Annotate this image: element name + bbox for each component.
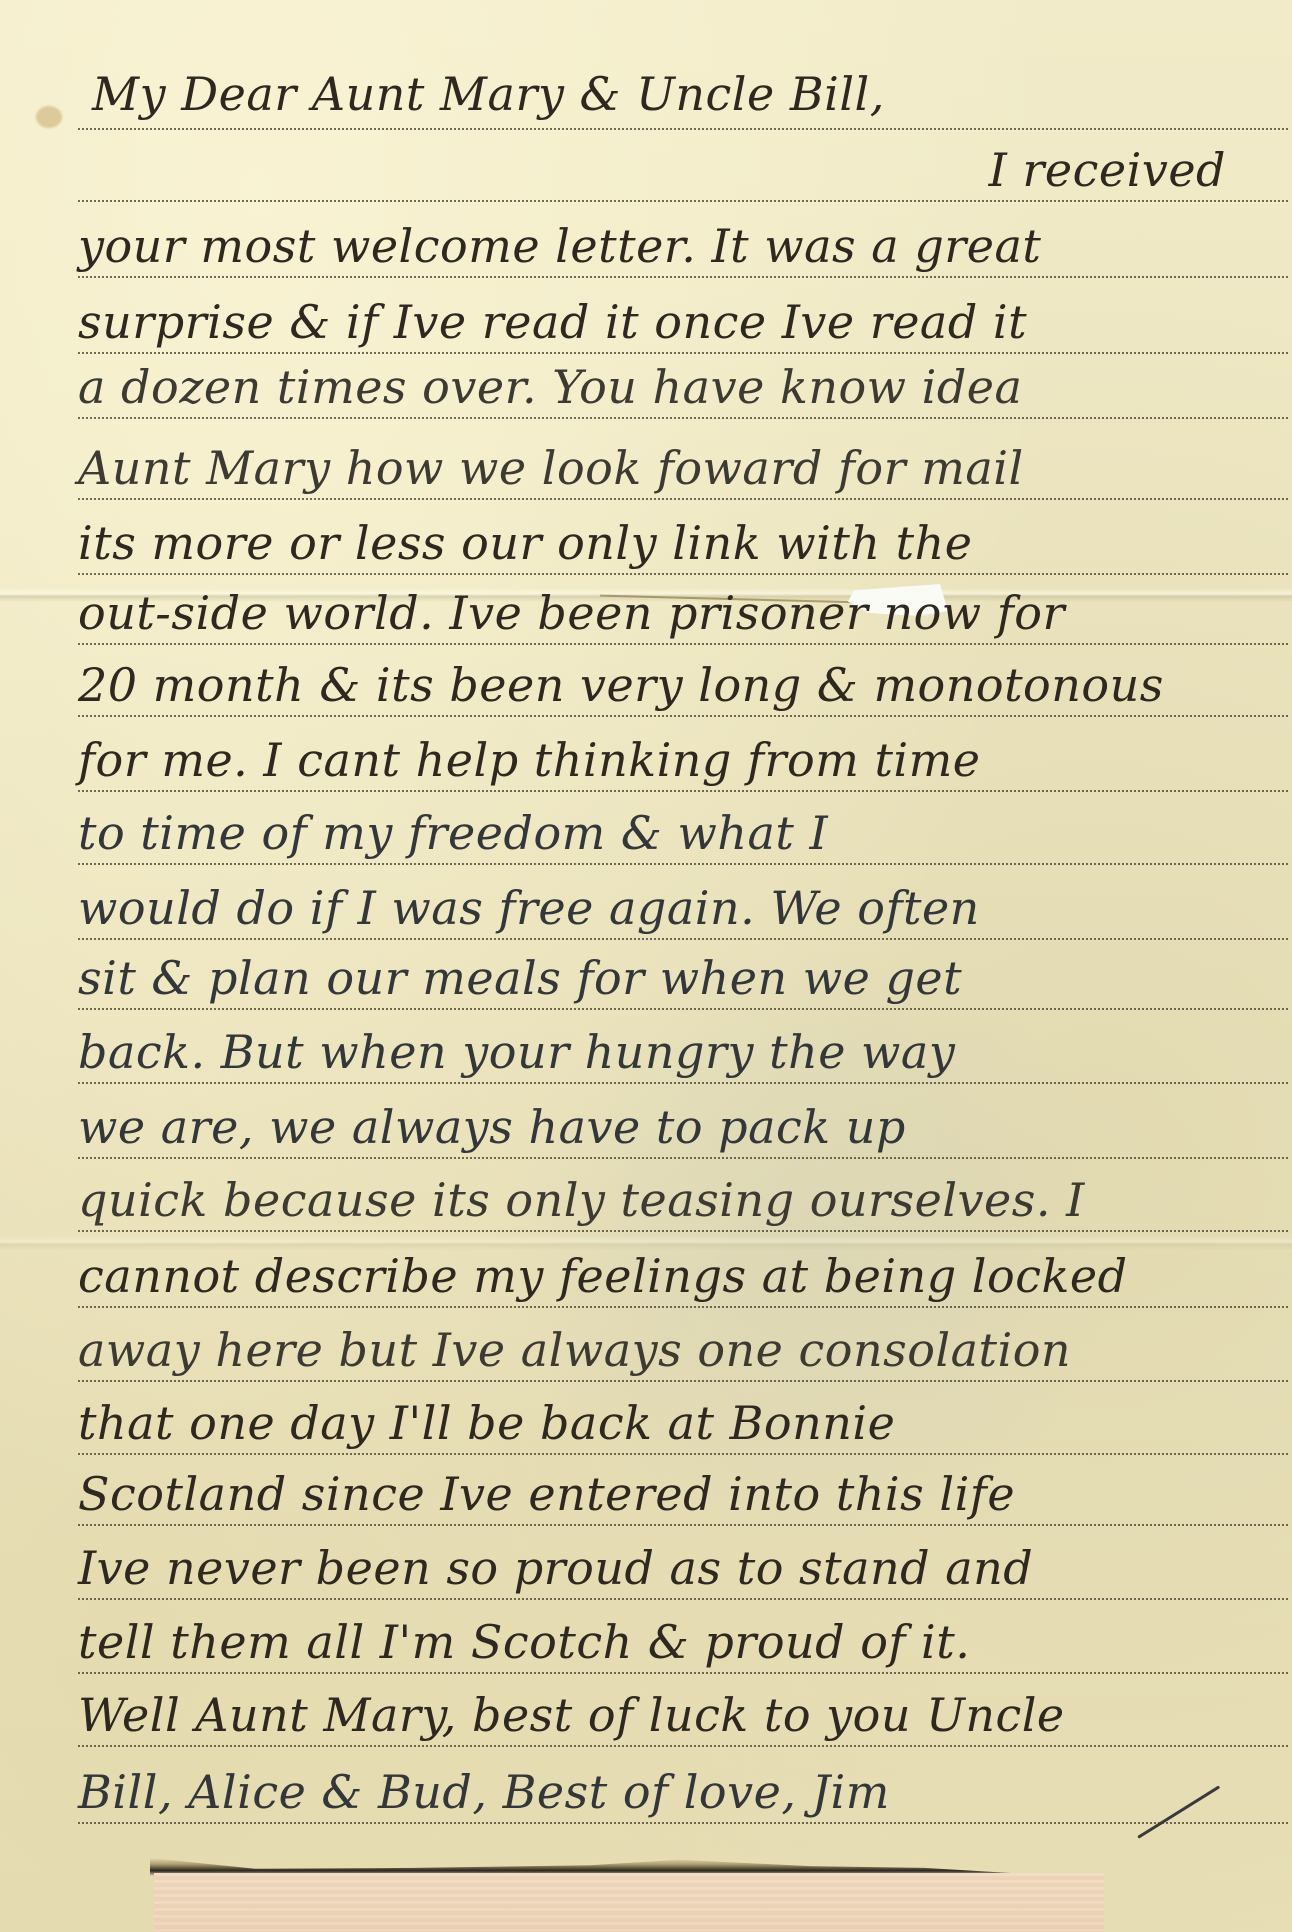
ruled-line — [78, 1157, 1288, 1159]
ruled-line — [78, 863, 1288, 865]
ruled-line — [78, 276, 1288, 278]
letter-line: a dozen times over. You have know idea — [78, 357, 1022, 417]
letter-line: sit & plan our meals for when we get — [78, 948, 962, 1008]
ruled-line — [78, 1822, 1288, 1824]
ruled-line — [78, 643, 1288, 645]
letter-line: would do if I was free again. We often — [78, 878, 980, 938]
ruled-line — [78, 790, 1288, 792]
ruled-line — [78, 573, 1288, 575]
ruled-line — [78, 1453, 1288, 1455]
ruled-line — [78, 1082, 1288, 1084]
ruled-line — [78, 498, 1288, 500]
letter-line: Well Aunt Mary, best of luck to you Uncl… — [78, 1685, 1065, 1745]
paper-stain — [36, 106, 62, 128]
ruled-line — [78, 128, 1288, 130]
letter-line: back. But when your hungry the way — [78, 1022, 955, 1082]
ruled-line — [78, 1380, 1288, 1382]
letter-line: we are, we always have to pack up — [78, 1097, 906, 1157]
letter-line: Aunt Mary how we look foward for mail — [78, 438, 1024, 498]
letter-line: away here but Ive always one consolation — [78, 1320, 1071, 1380]
ruled-line — [78, 200, 1288, 202]
ruled-line — [78, 1524, 1288, 1526]
letter-line: I received — [989, 140, 1226, 200]
ruled-line — [78, 1598, 1288, 1600]
letter-page: My Dear Aunt Mary & Uncle Bill, I receiv… — [0, 0, 1292, 1932]
letter-line: quick because its only teasing ourselves… — [78, 1170, 1085, 1230]
ruled-line — [78, 1008, 1288, 1010]
ruled-line — [78, 938, 1288, 940]
letter-line: Scotland since Ive entered into this lif… — [78, 1464, 1015, 1524]
letter-line: your most welcome letter. It was a great — [78, 216, 1041, 276]
ruled-line — [78, 1745, 1288, 1747]
letter-line: tell them all I'm Scotch & proud of it. — [78, 1612, 970, 1672]
ruled-line — [78, 1230, 1288, 1232]
ruled-line — [78, 417, 1288, 419]
ruled-line — [78, 352, 1288, 354]
letter-line: its more or less our only link with the — [78, 513, 972, 573]
salutation: My Dear Aunt Mary & Uncle Bill, — [92, 64, 885, 124]
repair-tape — [154, 1873, 1104, 1932]
closing-line: Bill, Alice & Bud, Best of love, Jim — [78, 1762, 890, 1822]
letter-line: 20 month & its been very long & monotono… — [78, 655, 1164, 715]
ruled-line — [78, 1306, 1288, 1308]
letter-line: out-side world. Ive been prisoner now fo… — [78, 583, 1065, 643]
signature-flourish — [1137, 1785, 1220, 1838]
letter-line: Ive never been so proud as to stand and — [78, 1538, 1033, 1598]
letter-line: for me. I cant help thinking from time — [78, 730, 980, 790]
letter-line: cannot describe my feelings at being loc… — [78, 1246, 1128, 1306]
ruled-line — [78, 715, 1288, 717]
ruled-line — [78, 1672, 1288, 1674]
letter-line: surprise & if Ive read it once Ive read … — [78, 292, 1027, 352]
letter-line: to time of my freedom & what I — [78, 803, 828, 863]
letter-line: that one day I'll be back at Bonnie — [78, 1393, 895, 1453]
